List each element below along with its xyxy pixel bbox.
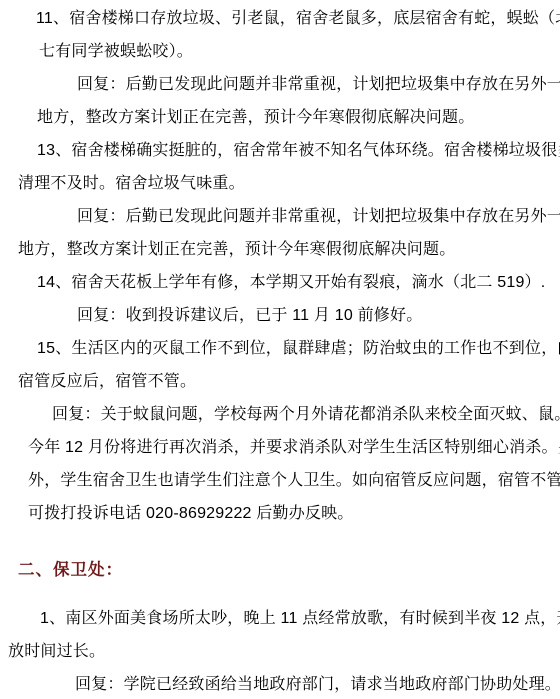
text-line-reply: 回复：后勤已发现此问题并非常重视，计划把垃圾集中存放在另外一个: [77, 200, 560, 233]
text-line-reply: 外，学生宿舍卫生也请学生们注意个人卫生。如向宿管反应问题，宿管不管，: [28, 464, 560, 497]
text-line-reply: 回复：收到投诉建议后，已于 11 月 10 前修好。: [77, 299, 560, 332]
text-line-reply: 今年 12 月份将进行再次消杀，并要求消杀队对学生生活区特别细心消杀。另: [28, 431, 560, 464]
text-line-reply: 可拨打投诉电话 020-86929222 后勤办反映。: [28, 497, 560, 530]
text-line: 清理不及时。宿舍垃圾气味重。: [18, 167, 560, 200]
text-line-reply: 地方，整改方案计划正在完善，预计今年寒假彻底解决问题。: [18, 233, 560, 266]
text-line-reply: 回复：学院已经致函给当地政府部门，请求当地政府部门协助处理。: [75, 668, 560, 699]
document-page: 11、宿舍楼梯口存放垃圾、引老鼠，宿舍老鼠多，底层宿舍有蛇，蜈蚣（北 七有同学被…: [0, 0, 560, 699]
section-heading: 二、保卫处：: [18, 554, 560, 587]
text-line: 13、宿舍楼梯确实挺脏的，宿舍常年被不知名气体环绕。宿舍楼梯垃圾很多，: [37, 134, 560, 167]
text-line: 14、宿舍天花板上学年有修，本学期又开始有裂痕，滴水（北二 519）.: [37, 266, 560, 299]
text-line: 15、生活区内的灭鼠工作不到位，鼠群肆虐；防治蚊虫的工作也不到位，向: [37, 332, 560, 365]
text-line-reply: 回复：关于蚊鼠问题，学校每两个月外请花都消杀队来校全面灭蚊、鼠。: [52, 398, 560, 431]
text-line: 1、南区外面美食场所太吵，晚上 11 点经常放歌，有时候到半夜 12 点，开: [40, 602, 560, 635]
text-line: 宿管反应后，宿管不管。: [18, 365, 560, 398]
text-line-reply: 地方，整改方案计划正在完善，预计今年寒假彻底解决问题。: [37, 101, 560, 134]
text-line: 11、宿舍楼梯口存放垃圾、引老鼠，宿舍老鼠多，底层宿舍有蛇，蜈蚣（北: [36, 2, 560, 35]
text-line: 放时间过长。: [8, 635, 560, 668]
text-line: 七有同学被蜈蚣咬）。: [39, 35, 560, 68]
text-line-reply: 回复：后勤已发现此问题并非常重视，计划把垃圾集中存放在另外一个: [77, 68, 560, 101]
